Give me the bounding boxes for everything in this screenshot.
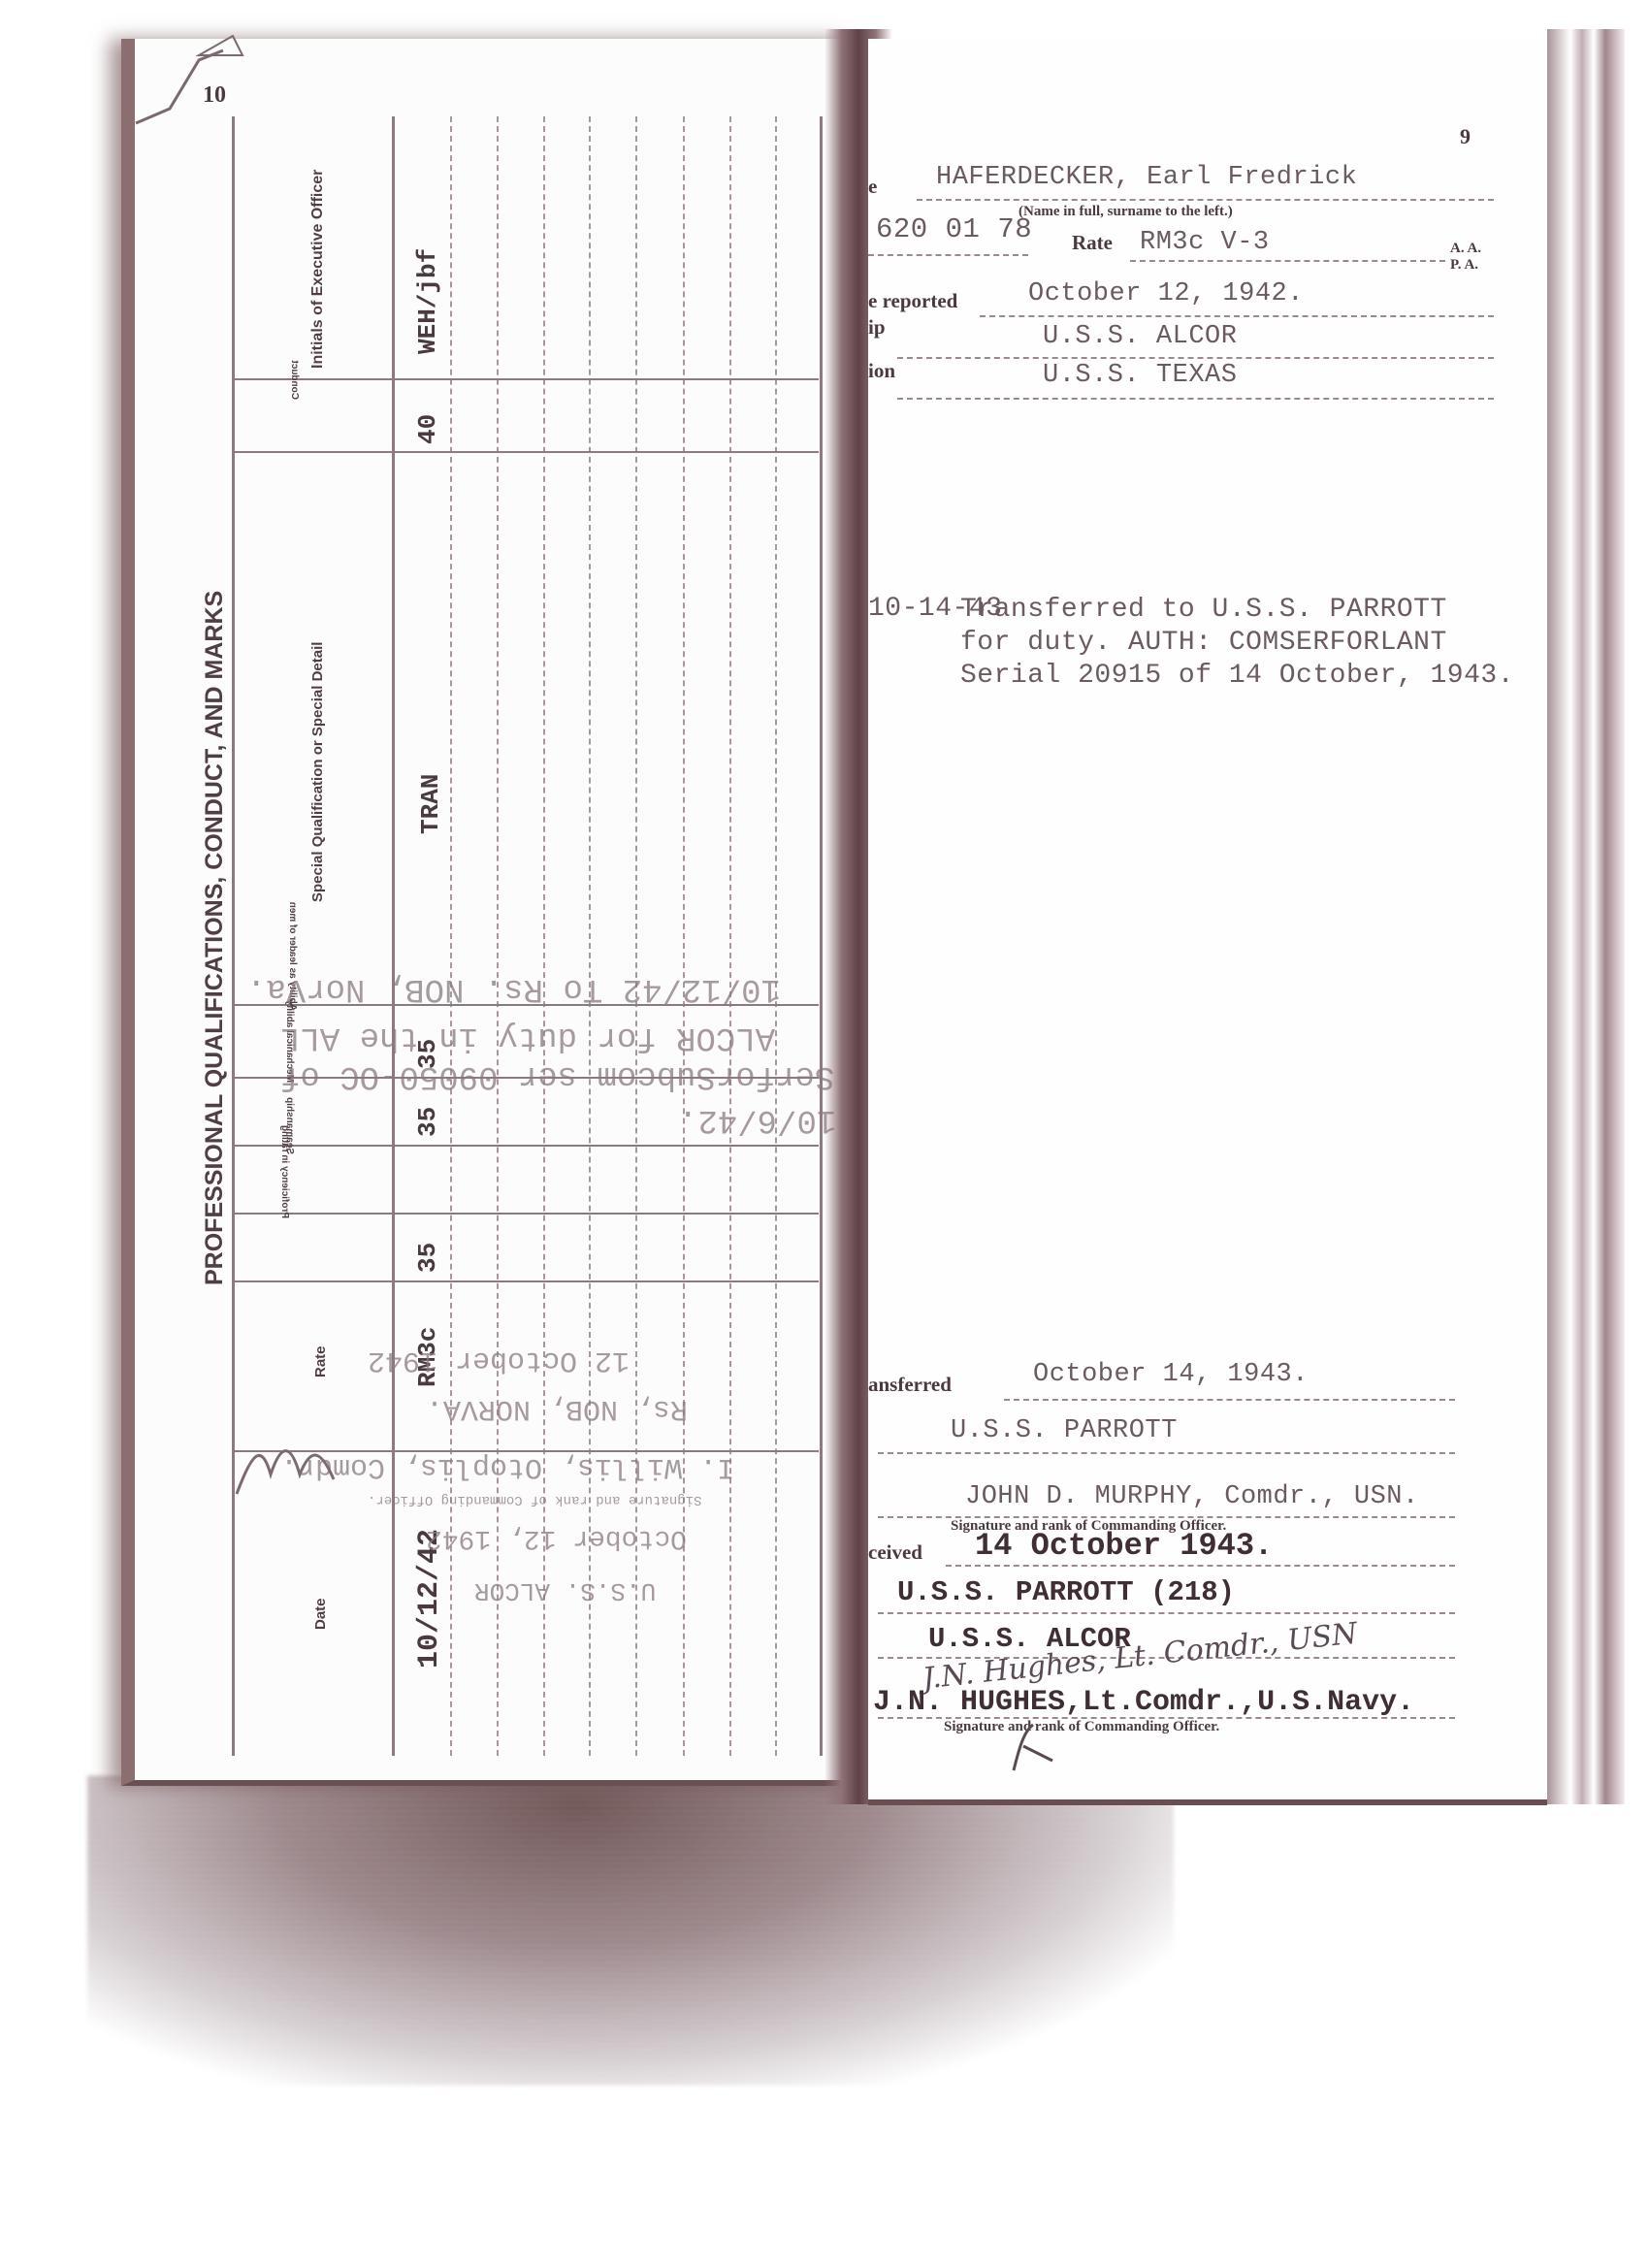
right-page: 9 e HAFERDECKER, Earl Fredrick (Name in … <box>868 39 1547 1805</box>
entry-special-qualification: TRAN <box>416 774 445 834</box>
bleed-through-text: 10/6/42. <box>678 1101 836 1138</box>
from-station-label: ion <box>868 359 895 383</box>
col-header-proficiency: Proficiency in rating <box>279 1125 290 1218</box>
date-received-value: 14 October 1943. <box>975 1528 1273 1564</box>
entry-mechanical-ability: 35 <box>413 1107 442 1137</box>
col-header-rate: Rate <box>312 1345 329 1377</box>
date-transferred-value: October 14, 1943. <box>1033 1360 1309 1389</box>
rule <box>775 116 777 1756</box>
scan-shadow <box>87 1775 1174 2086</box>
page-number: 9 <box>1460 124 1471 149</box>
name-caption: (Name in full, surname to the left.) <box>1018 204 1233 220</box>
rule <box>450 116 452 1756</box>
bleed-through-text: SerforSubcom ser 09050-OC of <box>280 1057 834 1094</box>
bleed-through-text: 12 October 1942 <box>368 1344 630 1377</box>
rule <box>232 1280 819 1282</box>
rule <box>635 116 637 1756</box>
handwritten-check-icon <box>1004 1717 1062 1775</box>
transfer-to-value: U.S.S. PARROTT <box>951 1416 1178 1445</box>
rate-label: Rate <box>1072 231 1113 255</box>
bleed-through-text: Rs, NOB, NORVA. <box>426 1392 688 1425</box>
rule <box>729 116 731 1756</box>
rule <box>543 116 545 1756</box>
entry-proficiency: 35 <box>413 1243 442 1273</box>
book-page-edges <box>1547 29 1625 1804</box>
field-line <box>946 1565 1455 1567</box>
torn-corner-icon <box>131 31 257 138</box>
signature-1: JOHN D. MURPHY, Comdr., USN. <box>965 1482 1419 1511</box>
page-number: 10 <box>203 82 226 109</box>
bleed-through-text: U.S.S. ALCOR <box>474 1576 656 1605</box>
field-line <box>980 315 1494 317</box>
service-number: 620 01 78 <box>876 213 1032 245</box>
bleed-through-text: October 12, 1942 <box>426 1523 687 1553</box>
field-line <box>1004 1399 1455 1401</box>
remark-text: Transferred to U.S.S. PARROTT for duty. … <box>960 594 1514 693</box>
rule <box>232 1145 819 1147</box>
col-header-initials: Initials of Executive Officer <box>309 170 327 369</box>
rule <box>232 451 819 453</box>
bleed-through-text: ALCOR for duty in the ALL <box>280 1019 775 1055</box>
received-at-value: U.S.S. PARROTT (218) <box>897 1576 1235 1608</box>
col-header-date: Date <box>312 1598 329 1630</box>
rule <box>392 116 395 1756</box>
rule <box>683 116 685 1756</box>
col-header-conduct: Conduct <box>289 360 300 400</box>
rule <box>497 116 499 1756</box>
handwritten-mark-icon <box>232 1436 348 1504</box>
section-title: PROFESSIONAL QUALIFICATIONS, CONDUCT, AN… <box>201 591 229 1285</box>
from-station-value: U.S.S. TEXAS <box>1043 361 1237 390</box>
date-transferred-label: ansferred <box>868 1373 952 1397</box>
signature-2: J.N. HUGHES,Lt.Comdr.,U.S.Navy. <box>873 1686 1414 1719</box>
field-line <box>878 1452 1455 1454</box>
entry-initials: WEH/jbf <box>413 248 442 354</box>
bleed-through-text: I. Willis, Otoplis, Comdr. <box>280 1450 734 1483</box>
field-line <box>917 199 1494 201</box>
ship-label: ip <box>868 315 886 340</box>
rate-value: RM3c V-3 <box>1140 228 1270 257</box>
field-line <box>868 254 1028 256</box>
field-line <box>1130 260 1445 262</box>
left-page: 10 PROFESSIONAL QUALIFICATIONS, CONDUCT,… <box>121 39 853 1786</box>
rule <box>232 1213 819 1215</box>
signature-caption-2: Signature and rank of Commanding Officer… <box>944 1719 1219 1735</box>
col-header-special-qualification: Special Qualification or Special Detail <box>309 642 326 902</box>
name-label: e <box>868 175 877 199</box>
rule <box>232 116 235 1756</box>
field-line <box>897 398 1494 400</box>
rule <box>232 378 819 380</box>
name-value: HAFERDECKER, Earl Fredrick <box>936 163 1357 192</box>
date-reported-value: October 12, 1942. <box>1028 279 1304 308</box>
rule <box>589 116 591 1756</box>
field-line <box>878 1612 1455 1614</box>
bleed-through-text: 10/12/42 To Rs. NOB, NorVa. <box>246 970 781 1007</box>
entry-conduct: 40 <box>413 414 442 444</box>
rule <box>820 116 823 1756</box>
date-reported-label: e reported <box>868 289 957 313</box>
field-line <box>897 357 1494 359</box>
ship-value: U.S.S. ALCOR <box>1043 322 1237 351</box>
bleed-through-text: Signature and rank of Commanding Officer… <box>368 1492 701 1507</box>
date-received-label: ceived <box>868 1540 922 1565</box>
rate-options: A. A. P. A. <box>1450 241 1481 274</box>
